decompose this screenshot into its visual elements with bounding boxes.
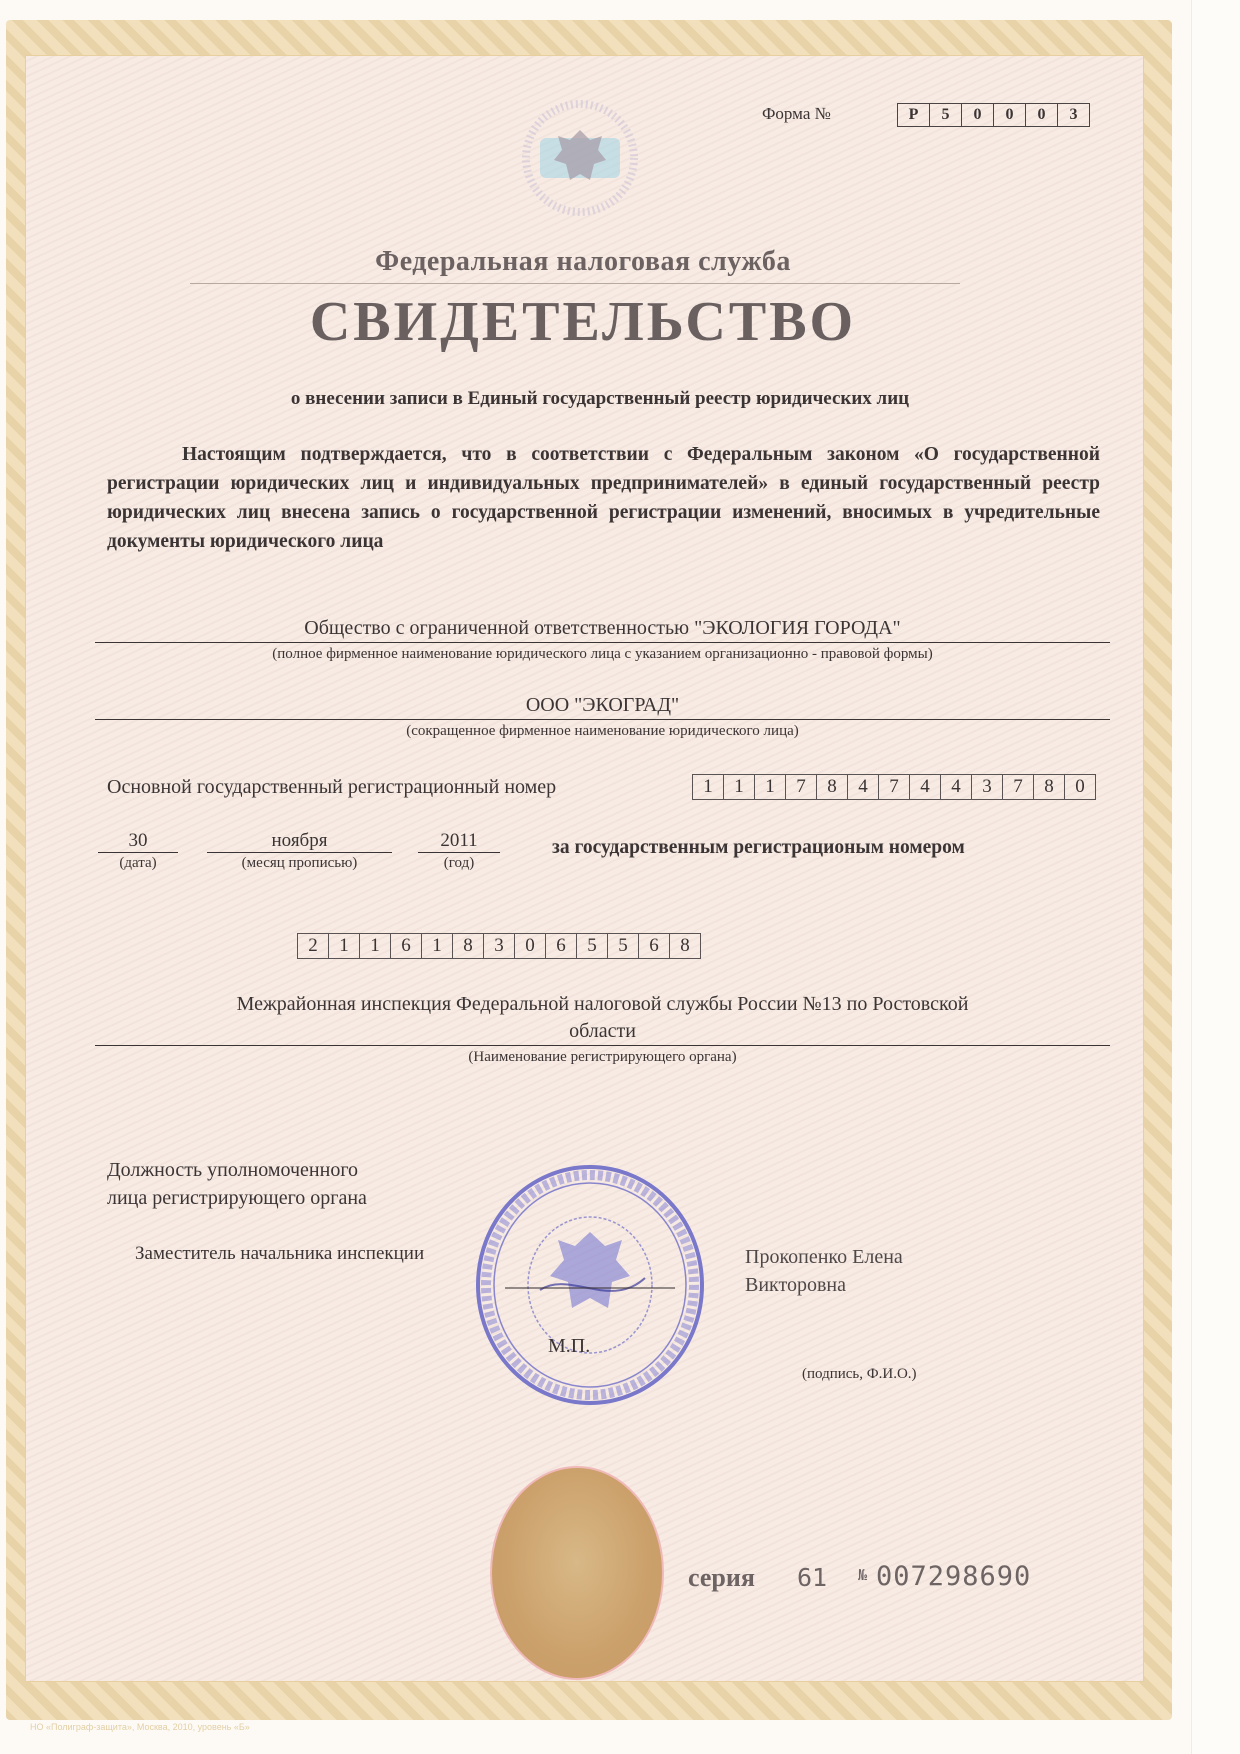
certification-paragraph: Настоящим подтверждается, что в соответс… [107, 440, 1100, 556]
grn-digit: 0 [515, 934, 546, 958]
ogrn-digit: 8 [817, 775, 848, 799]
scan-margin [1191, 0, 1240, 1754]
form-code-char: 0 [962, 104, 994, 126]
official-position: Заместитель начальника инспекции [135, 1243, 424, 1265]
printer-note: НО «Полиграф-защита», Москва, 2010, уров… [30, 1722, 250, 1732]
date-year: 2011 (год) [418, 830, 500, 872]
ogrn-digit: 1 [724, 775, 755, 799]
ogrn-digit: 4 [848, 775, 879, 799]
day-caption: (дата) [98, 855, 178, 872]
entity-full-name: Общество с ограниченной ответственностью… [95, 617, 1110, 640]
series-number: 61 [797, 1563, 827, 1592]
grn-digit: 6 [639, 934, 670, 958]
coat-of-arms-hologram-icon [510, 100, 650, 220]
ogrn-digit: 1 [693, 775, 724, 799]
ogrn-digit: 7 [879, 775, 910, 799]
grn-digit: 6 [391, 934, 422, 958]
form-code-char: 5 [930, 104, 962, 126]
authority-name-line2: области [95, 1020, 1110, 1043]
grn-digit: 1 [360, 934, 391, 958]
authority-name-line1: Межрайонная инспекция Федеральной налого… [95, 993, 1110, 1016]
series-label: серия [688, 1563, 755, 1593]
ogrn-boxes: 1117847443780 [692, 774, 1096, 800]
form-code-char: 3 [1058, 104, 1089, 126]
ogrn-digit: 0 [1065, 775, 1095, 799]
month-caption: (месяц прописью) [207, 855, 392, 872]
grn-digit: 3 [484, 934, 515, 958]
entity-short-name: ООО "ЭКОГРАД" [95, 694, 1110, 717]
ogrn-digit: 7 [786, 775, 817, 799]
grn-digit: 1 [329, 934, 360, 958]
form-code-char: Р [898, 104, 930, 126]
ogrn-digit: 1 [755, 775, 786, 799]
authority-line [95, 1045, 1110, 1046]
grn-digit: 8 [453, 934, 484, 958]
date-month: ноября (месяц прописью) [207, 830, 392, 872]
grn-boxes: 2116183065568 [297, 933, 701, 959]
signer-name: Прокопенко Елена Викторовна [745, 1243, 903, 1299]
short-name-caption: (сокращенное фирменное наименование юрид… [95, 723, 1110, 740]
hologram-seal-icon [490, 1466, 664, 1680]
form-number-label: Форма № [762, 104, 831, 124]
grn-digit: 5 [577, 934, 608, 958]
authority-caption: (Наименование регистрирующего органа) [95, 1049, 1110, 1066]
paragraph-text: Настоящим подтверждается, что в соответс… [107, 444, 1100, 552]
grn-label: за государственным регистрационым номеро… [552, 837, 965, 859]
signer-name-line2: Викторовна [745, 1271, 903, 1299]
full-name-caption: (полное фирменное наименование юридическ… [95, 646, 1110, 663]
ogrn-digit: 3 [972, 775, 1003, 799]
ogrn-digit: 8 [1034, 775, 1065, 799]
grn-digit: 8 [670, 934, 700, 958]
ogrn-label: Основной государственный регистрационный… [107, 776, 556, 799]
serial-number: 007298690 [876, 1561, 1031, 1592]
form-code-char: 0 [1026, 104, 1058, 126]
short-name-line [95, 719, 1110, 720]
ogrn-digit: 4 [910, 775, 941, 799]
form-code-char: 0 [994, 104, 1026, 126]
official-title-line1: Должность уполномоченного [107, 1156, 367, 1184]
seal-place-label: М.П. [548, 1335, 590, 1358]
full-name-line [95, 642, 1110, 643]
title-divider [190, 283, 960, 284]
signature-caption: (подпись, Ф.И.О.) [802, 1366, 917, 1383]
grn-digit: 1 [422, 934, 453, 958]
official-stamp-icon [470, 1160, 710, 1410]
document-subtitle: о внесении записи в Единый государственн… [0, 388, 1200, 410]
date-day: 30 (дата) [98, 830, 178, 872]
form-number-boxes: Р50003 [897, 103, 1090, 127]
year-caption: (год) [418, 855, 500, 872]
day-value: 30 [98, 830, 178, 853]
month-value: ноября [207, 830, 392, 853]
issuing-service: Федеральная налоговая служба [0, 246, 1166, 278]
grn-digit: 2 [298, 934, 329, 958]
year-value: 2011 [418, 830, 500, 853]
ogrn-digit: 7 [1003, 775, 1034, 799]
official-title: Должность уполномоченного лица регистрир… [107, 1156, 367, 1212]
grn-digit: 6 [546, 934, 577, 958]
number-sign: № [858, 1566, 867, 1584]
grn-digit: 5 [608, 934, 639, 958]
document-title: СВИДЕТЕЛЬСТВО [0, 290, 1166, 354]
ogrn-digit: 4 [941, 775, 972, 799]
signer-name-line1: Прокопенко Елена [745, 1243, 903, 1271]
official-title-line2: лица регистрирующего органа [107, 1184, 367, 1212]
